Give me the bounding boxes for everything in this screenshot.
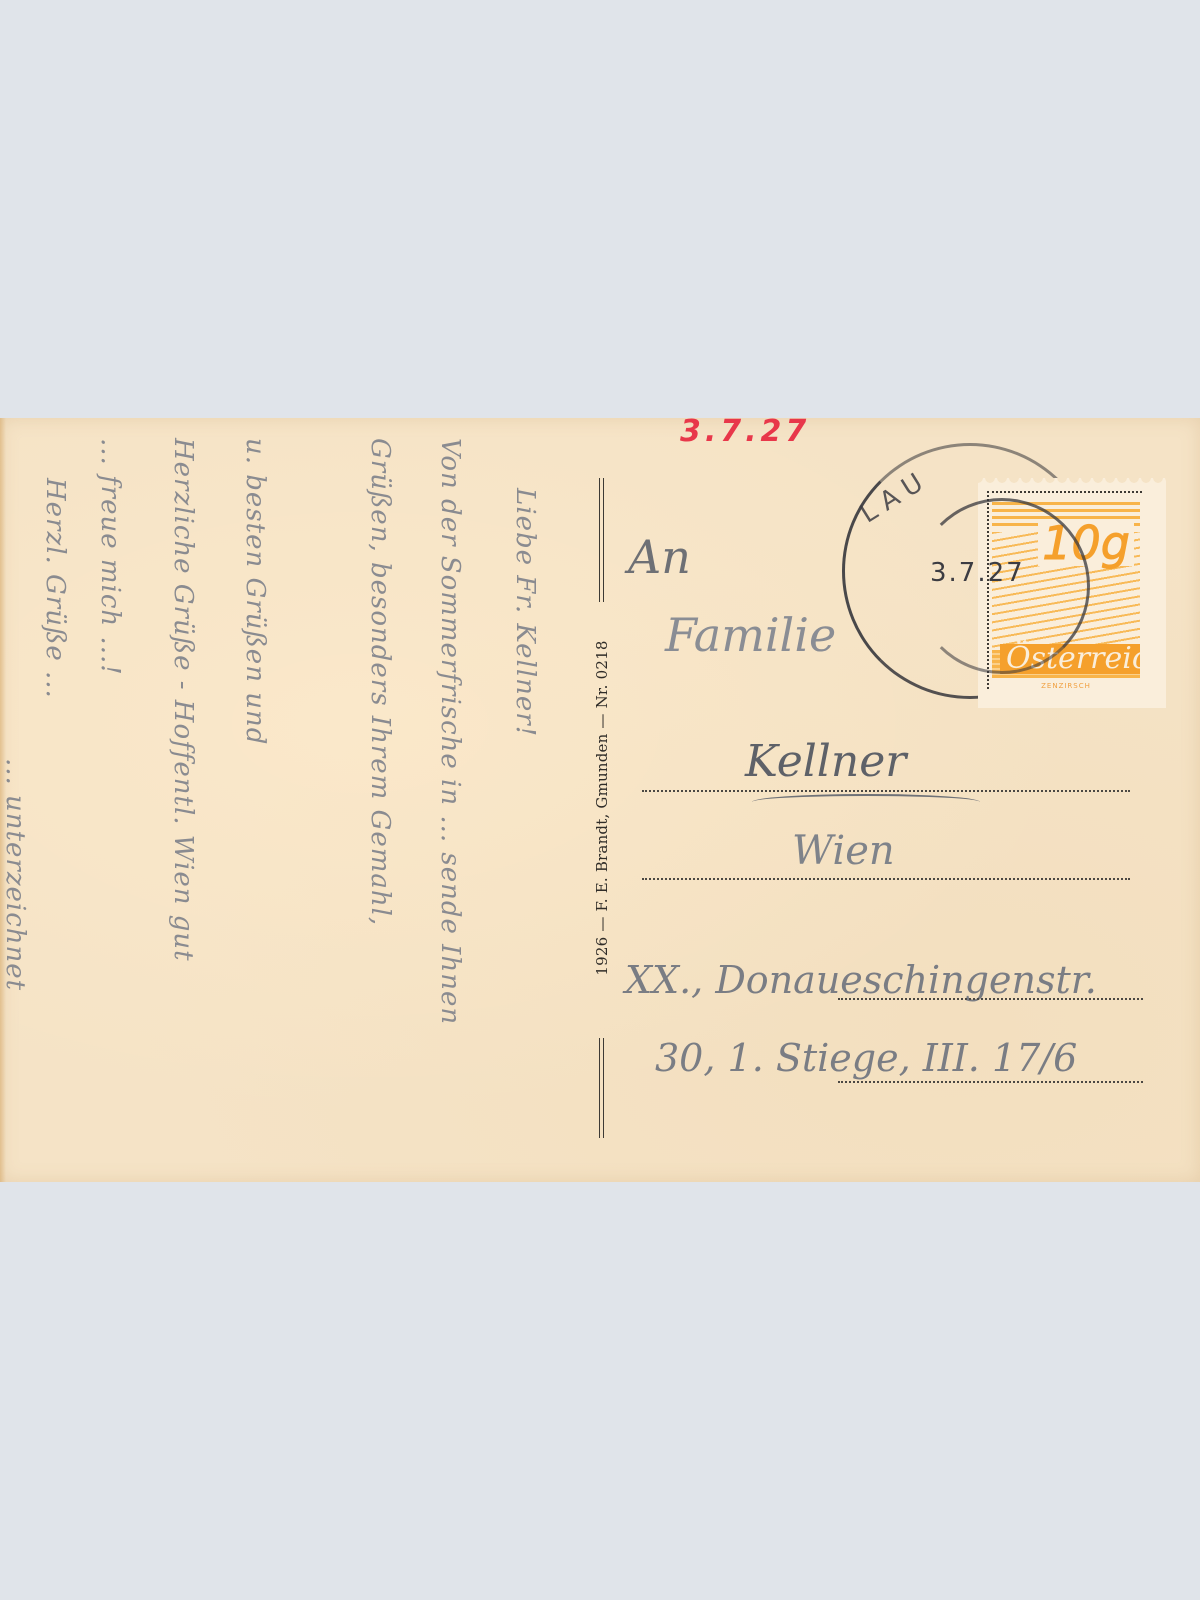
- publisher-imprint: 1926 — F. E. Brandt, Gmunden — Nr. 0218: [593, 640, 611, 975]
- message-line: ... freue mich ...!: [95, 438, 125, 676]
- message-line: Herzliche Grüße - Hoffentl. Wien gut: [168, 438, 198, 962]
- address-city: Wien: [792, 828, 895, 874]
- address-salutation: An: [628, 530, 691, 584]
- address-dotted-line: [838, 998, 1143, 1000]
- message-line: Grüßen, besonders Ihrem Gemahl,: [365, 438, 395, 926]
- address-dotted-line: [642, 790, 1130, 792]
- message-line: Herzl. Grüße ...: [40, 478, 70, 699]
- address-dotted-line: [642, 878, 1130, 880]
- message-line: u. besten Grüßen und: [240, 438, 270, 745]
- postcard: 3.7.27 Liebe Fr. Kellner! Von der Sommer…: [0, 418, 1200, 1182]
- address-dotted-line: [838, 1081, 1143, 1083]
- address-street-2: 30, 1. Stiege, III. 17/6: [655, 1036, 1077, 1080]
- signature: ... unterzeichnet: [0, 758, 30, 991]
- stamp-engraver: ZENZIRSCH: [992, 682, 1140, 690]
- divider-rule: [596, 478, 608, 602]
- address-line-2: Kellner: [745, 736, 906, 787]
- message-line: Liebe Fr. Kellner!: [510, 488, 540, 737]
- divider-rule: [596, 1038, 608, 1138]
- archive-date-annotation: 3.7.27: [680, 414, 810, 449]
- postmark-date: 3.7.27: [930, 558, 1025, 588]
- address-line-1: Familie: [665, 608, 836, 662]
- message-line: Von der Sommerfrische in ... sende Ihnen: [435, 438, 465, 1025]
- address-street-1: XX., Donaueschingenstr.: [625, 958, 1097, 1002]
- underline-stroke: [752, 794, 980, 810]
